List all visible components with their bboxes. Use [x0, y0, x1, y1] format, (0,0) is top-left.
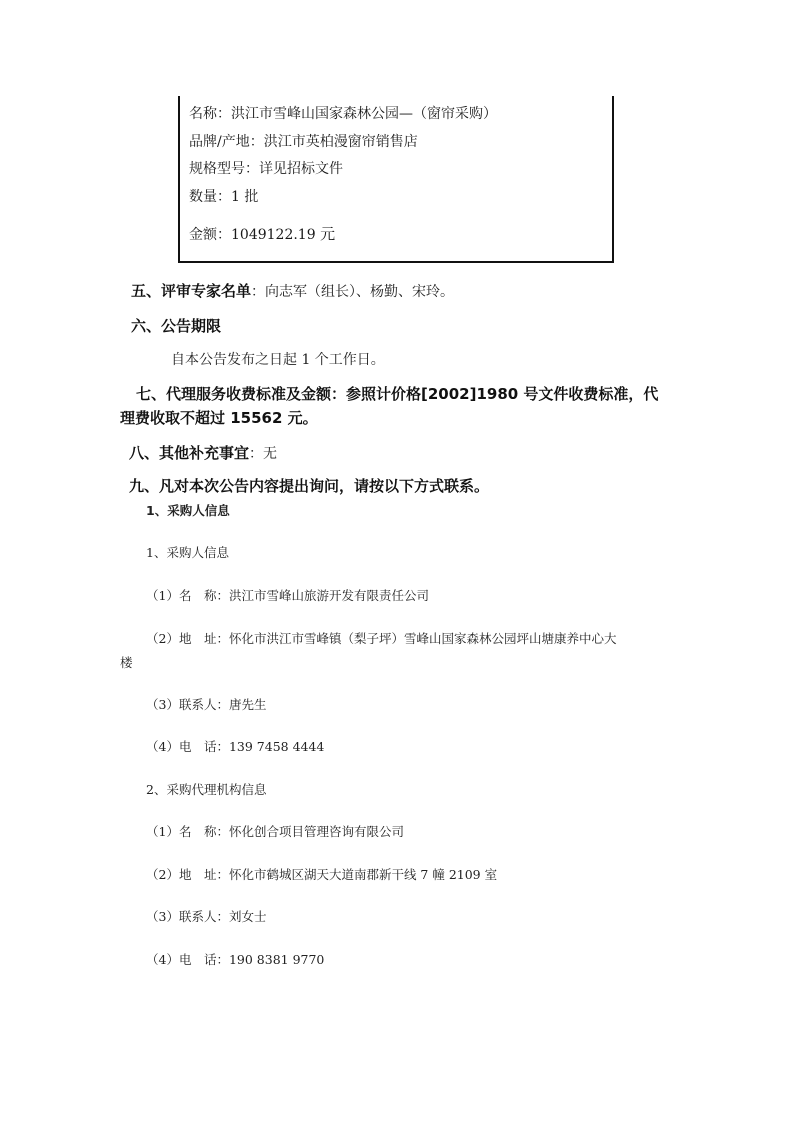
section-5-colon: ： [251, 284, 265, 300]
item-quantity-row: 数量：1 批 [189, 188, 258, 206]
item-details-box: 名称：洪江市雪峰山国家森林公园—（窗帘采购） 品牌/产地：洪江市英柏漫窗帘销售店… [178, 96, 614, 263]
agency-address: （2）地 址：怀化市鹤城区湖天大道南郡新干线 7 幢 2109 室 [146, 865, 497, 883]
section-5-experts: 五、评审专家名单：向志军（组长）、杨勤、宋玲。 [131, 280, 454, 301]
agency-name: （1）名 称：怀化创合项目管理咨询有限公司 [146, 822, 404, 840]
agency-title: 2、采购代理机构信息 [146, 780, 266, 798]
item-name-value: 洪江市雪峰山国家森林公园—（窗帘采购） [231, 106, 497, 122]
section-9-sub-heading: 1、采购人信息 [146, 501, 230, 519]
item-spec-value: 详见招标文件 [259, 161, 343, 177]
item-brand-row: 品牌/产地：洪江市英柏漫窗帘销售店 [189, 133, 418, 151]
section-8-value: 无 [263, 446, 277, 462]
purchaser-address-line-2: 楼 [120, 653, 133, 671]
item-quantity-label: 数量： [189, 189, 231, 205]
section-7-line-2: 理费收取不超过 15562 元。 [120, 407, 318, 428]
item-spec-label: 规格型号： [189, 161, 259, 177]
item-amount-row: 金额：1049122.19 元 [189, 225, 335, 244]
purchaser-address-line-1: （2）地 址：怀化市洪江市雪峰镇（梨子坪）雪峰山国家森林公园坪山塘康养中心大 [146, 629, 616, 647]
section-6-text: 自本公告发布之日起 1 个工作日。 [171, 349, 385, 369]
purchaser-title: 1、采购人信息 [146, 543, 229, 561]
purchaser-phone: （4）电 话：139 7458 4444 [146, 737, 324, 755]
item-brand-value: 洪江市英柏漫窗帘销售店 [264, 134, 418, 150]
section-5-heading: 五、评审专家名单 [131, 282, 251, 300]
item-amount-value: 1049122.19 [231, 227, 316, 243]
item-brand-label: 品牌/产地： [189, 134, 264, 150]
item-amount-label: 金额： [189, 227, 231, 243]
item-amount-unit: 元 [320, 225, 335, 243]
item-name-label: 名称： [189, 106, 231, 122]
item-name-row: 名称：洪江市雪峰山国家森林公园—（窗帘采购） [189, 105, 497, 123]
section-8-heading: 八、其他补充事宜 [129, 444, 249, 462]
section-5-value: 向志军（组长）、杨勤、宋玲。 [265, 284, 454, 300]
section-6-heading: 六、公告期限 [131, 315, 221, 336]
section-7-line-1: 七、代理服务收费标准及金额：参照计价格[2002]1980 号文件收费标准，代 [136, 383, 658, 404]
agency-phone: （4）电 话：190 8381 9770 [146, 950, 324, 968]
section-9-heading: 九、凡对本次公告内容提出询问，请按以下方式联系。 [129, 475, 489, 496]
purchaser-contact: （3）联系人：唐先生 [146, 695, 266, 713]
section-8-colon: ： [249, 446, 263, 462]
item-spec-row: 规格型号：详见招标文件 [189, 160, 343, 178]
item-quantity-value: 1 批 [231, 189, 258, 205]
purchaser-name: （1）名 称：洪江市雪峰山旅游开发有限责任公司 [146, 586, 429, 604]
section-8-other: 八、其他补充事宜：无 [129, 442, 277, 463]
agency-contact: （3）联系人：刘女士 [146, 907, 266, 925]
